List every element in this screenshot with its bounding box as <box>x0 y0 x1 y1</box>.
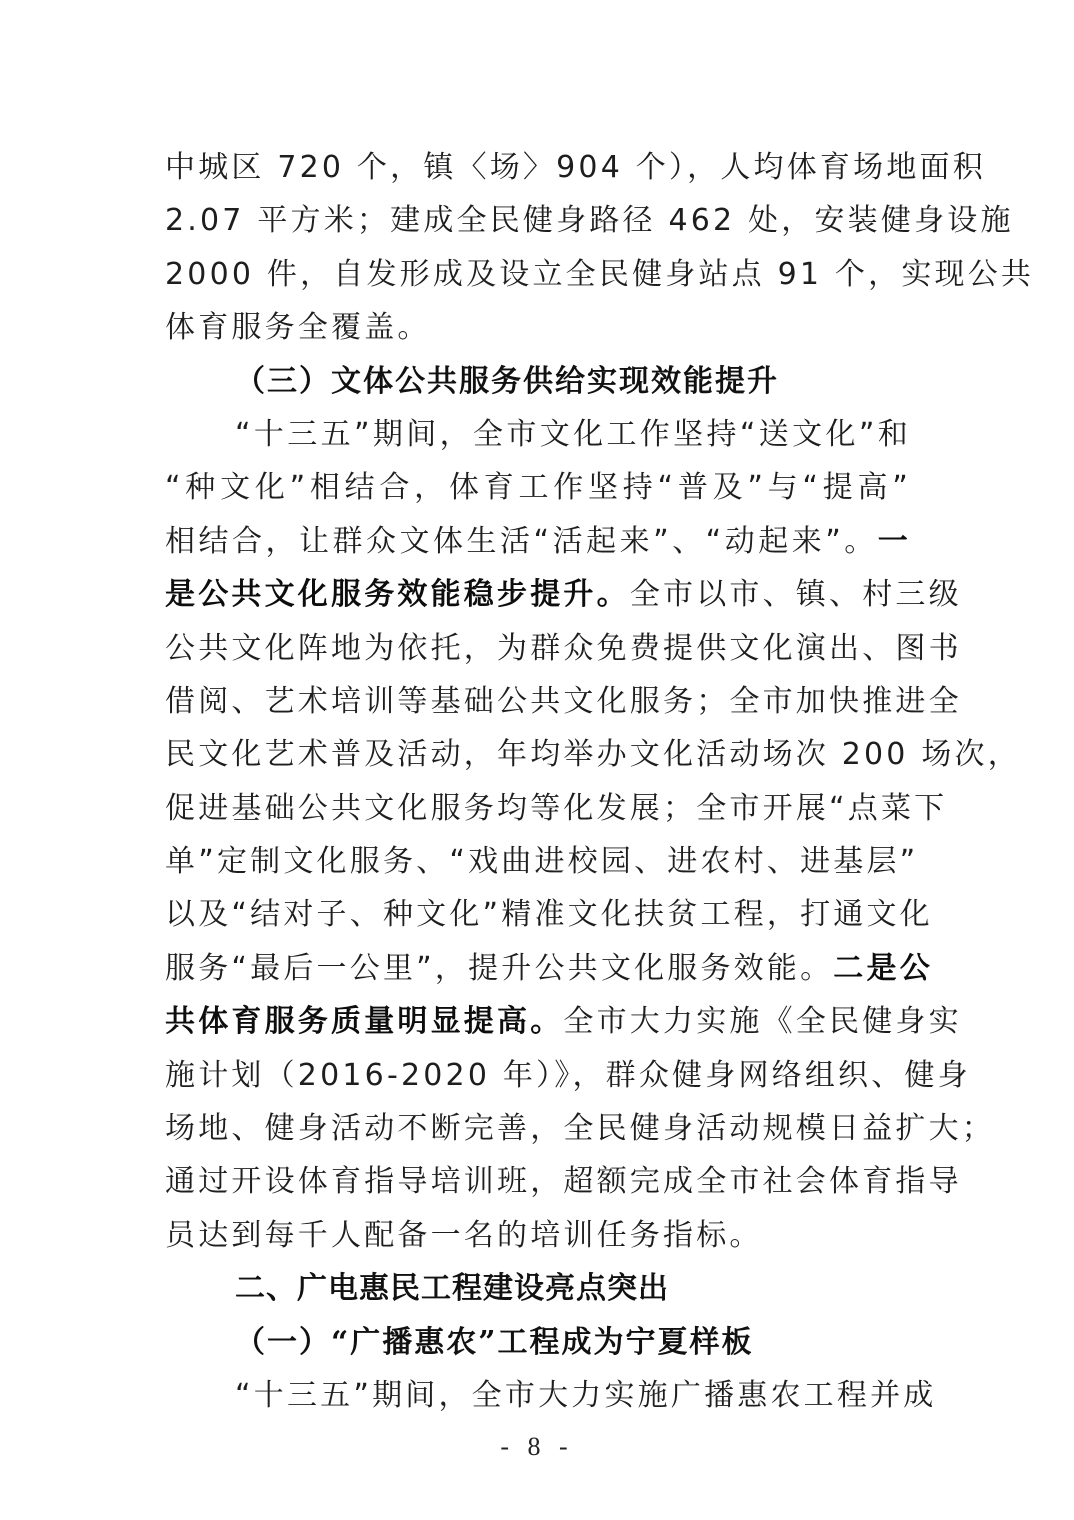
bold-lead-in: 是公共文化服务效能稳步提升。 <box>165 577 630 612</box>
paragraph-line: 场地、健身活动不断完善，全民健身活动规模日益扩大； <box>165 1102 911 1155</box>
paragraph-line: 以及“结对子、种文化”精准文化扶贫工程，打通文化 <box>165 888 911 941</box>
chapter-heading-2: 二、广电惠民工程建设亮点突出 <box>165 1262 911 1315</box>
paragraph-line: 员达到每千人配备一名的培训任务指标。 <box>165 1209 911 1262</box>
paragraph-line: “种文化”相结合，体育工作坚持“普及”与“提高” <box>165 461 911 514</box>
paragraph-line: 中城区 720 个，镇〈场〉904 个），人均体育场地面积 <box>165 141 911 194</box>
line-text: 相结合，让群众文体生活“活起来”、“动起来”。 <box>165 524 878 559</box>
section-heading-1: （一）“广播惠农”工程成为宁夏样板 <box>165 1316 911 1369</box>
bold-lead-in: 共体育服务质量明显提高。 <box>165 1004 563 1039</box>
document-page: 中城区 720 个，镇〈场〉904 个），人均体育场地面积 2.07 平方米；建… <box>0 0 1074 1520</box>
line-text: 全市以市、镇、村三级 <box>630 577 962 612</box>
paragraph-line: “十三五”期间，全市大力实施广播惠农工程并成 <box>165 1369 911 1422</box>
paragraph-line: 单”定制文化服务、“戏曲进校园、进农村、进基层” <box>165 835 911 888</box>
paragraph-line: 服务“最后一公里”，提升公共文化服务效能。二是公 <box>165 942 911 995</box>
bold-lead-in: 一 <box>878 524 911 559</box>
paragraph-line: 共体育服务质量明显提高。全市大力实施《全民健身实 <box>165 995 911 1048</box>
paragraph-line: 2000 件，自发形成及设立全民健身站点 91 个，实现公共 <box>165 248 911 301</box>
paragraph-line: 是公共文化服务效能稳步提升。全市以市、镇、村三级 <box>165 568 911 621</box>
page-number: - 8 - <box>0 1432 1074 1462</box>
paragraph-line: 体育服务全覆盖。 <box>165 301 911 354</box>
bold-lead-in: 二是公 <box>833 951 933 986</box>
paragraph-line: 2.07 平方米；建成全民健身路径 462 处，安装健身设施 <box>165 194 911 247</box>
document-body: 中城区 720 个，镇〈场〉904 个），人均体育场地面积 2.07 平方米；建… <box>165 141 911 1422</box>
line-text: 服务“最后一公里”，提升公共文化服务效能。 <box>165 951 833 986</box>
line-text: 全市大力实施《全民健身实 <box>563 1004 961 1039</box>
section-heading-3: （三）文体公共服务供给实现效能提升 <box>165 355 911 408</box>
paragraph-line: “十三五”期间，全市文化工作坚持“送文化”和 <box>165 408 911 461</box>
paragraph-line: 促进基础公共文化服务均等化发展；全市开展“点菜下 <box>165 782 911 835</box>
paragraph-line: 借阅、艺术培训等基础公共文化服务；全市加快推进全 <box>165 675 911 728</box>
paragraph-line: 相结合，让群众文体生活“活起来”、“动起来”。一 <box>165 515 911 568</box>
paragraph-line: 公共文化阵地为依托，为群众免费提供文化演出、图书 <box>165 622 911 675</box>
paragraph-line: 施计划（2016-2020 年）》，群众健身网络组织、健身 <box>165 1049 911 1102</box>
paragraph-line: 民文化艺术普及活动，年均举办文化活动场次 200 场次， <box>165 728 911 781</box>
paragraph-line: 通过开设体育指导培训班，超额完成全市社会体育指导 <box>165 1155 911 1208</box>
